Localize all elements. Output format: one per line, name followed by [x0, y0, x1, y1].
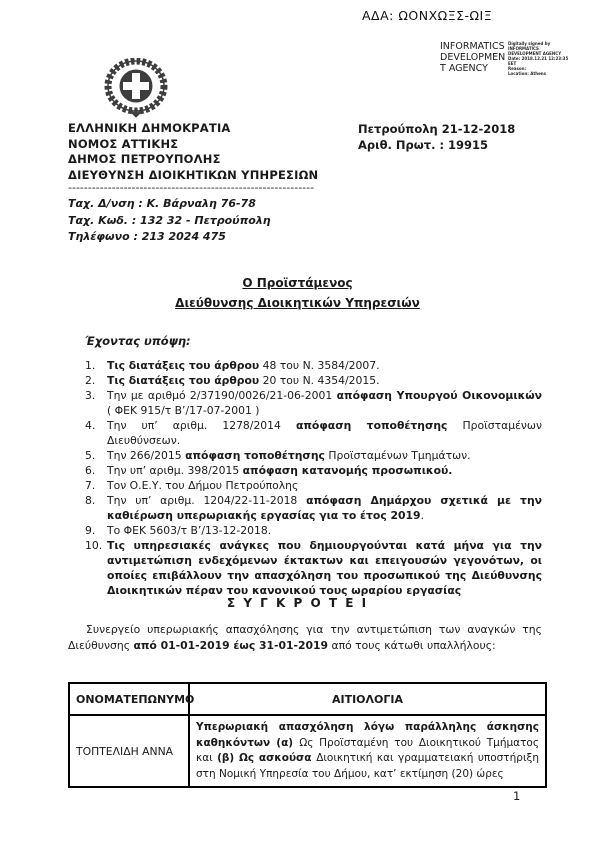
text-segment: Την υπ’ αριθμ. 1278/2014 [107, 419, 296, 432]
text-segment: από 01-01-2019 έως 31-01-2019 [133, 639, 328, 652]
signature-agency-name-line: INFORMATICS [440, 41, 504, 52]
item-text: Την υπ’ αριθμ. 1278/2014 απόφαση τοποθέτ… [107, 418, 542, 448]
item-text: Την υπ’ αριθμ. 1204/22-11-2018 απόφαση Δ… [107, 493, 542, 523]
signature-details-line: Location: Athens [508, 71, 570, 76]
item-text: Την με αριθμό 2/37190/0026/21-06-2001 απ… [107, 388, 542, 418]
page-number: 1 [513, 789, 520, 803]
item-number: 9. [85, 523, 107, 538]
document-page: ΑΔΑ: ΩΟΝΧΩΞΣ-ΩΙΞ INFORMATICSDEVELOPMENT … [0, 0, 595, 842]
protocol-number: Αριθ. Πρωτ. : 19915 [358, 137, 515, 153]
table-column-header: ΟΝΟΜΑΤΕΠΩΝΥΜΟ [69, 683, 189, 715]
text-segment: ( ΦΕΚ 915/τ Β’/17-07-2001 ) [107, 404, 260, 417]
text-segment: από τους κάτωθι υπαλλήλους: [328, 639, 496, 652]
table-header-row: ΟΝΟΜΑΤΕΠΩΝΥΜΟΑΙΤΙΟΛΟΓΙΑ [69, 683, 546, 715]
issuing-authority-block: ΕΛΛΗΝΙΚΗ ΔΗΜΟΚΡΑΤΙΑΝΟΜΟΣ ΑΤΤΙΚΗΣΔΗΜΟΣ ΠΕ… [68, 121, 318, 183]
issuing-authority-block-line: ΕΛΛΗΝΙΚΗ ΔΗΜΟΚΡΑΤΙΑ [68, 121, 318, 137]
operative-paragraph: Συνεργείο υπερωριακής απασχόλησης για τη… [68, 622, 542, 653]
having-regard-item: 9.Το ΦΕΚ 5603/τ Β’/13-12-2018. [85, 523, 542, 538]
employee-name-cell: ΤΟΠΤΕΛΙΔΗ ΑΝΝΑ [69, 715, 189, 787]
signature-agency-name-line: T AGENCY [440, 63, 504, 74]
text-segment: (β) Ως ασκούσα [217, 752, 316, 764]
item-number: 7. [85, 478, 107, 493]
text-segment: . [421, 509, 424, 522]
header-divider: ----------------------------------------… [68, 181, 318, 195]
item-text: Την υπ’ αριθμ. 398/2015 απόφαση κατανομή… [107, 463, 542, 478]
having-regard-item: 8.Την υπ’ αριθμ. 1204/22-11-2018 απόφαση… [85, 493, 542, 523]
document-title-line2: Διεύθυνσης Διοικητικών Υπηρεσιών [0, 293, 595, 313]
having-regard-label: Έχοντας υπόψη: [85, 334, 191, 348]
signature-details-line: Date: 2018.12.21 12:23:35 [508, 56, 570, 61]
text-segment: 20 του Ν. 4354/2015. [259, 374, 379, 387]
digital-signature-stamp: INFORMATICSDEVELOPMENT AGENCY Digitally … [440, 41, 570, 76]
item-number: 10. [85, 538, 107, 598]
signature-agency-name-line: DEVELOPMEN [440, 52, 504, 63]
contact-details-block-line: Ταχ. Κωδ. : 132 32 - Πετρούπολη [68, 213, 271, 230]
issuing-authority-block-line: ΔΗΜΟΣ ΠΕΤΡΟΥΠΟΛΗΣ [68, 152, 318, 168]
contact-details-block-line: Τηλέφωνο : 213 2024 475 [68, 229, 271, 246]
document-title: Ο Προϊστάμενος Διεύθυνσης Διοικητικών Υπ… [0, 273, 595, 313]
city-date: Πετρούπολη 21-12-2018 [358, 121, 515, 137]
text-segment: απόφαση Υπουργού Οικονομικών [337, 389, 542, 402]
having-regard-item: 6.Την υπ’ αριθμ. 398/2015 απόφαση κατανο… [85, 463, 542, 478]
ada-code: ΑΔΑ: ΩΟΝΧΩΞΣ-ΩΙΞ [362, 8, 492, 23]
text-segment: Την με αριθμό 2/37190/0026/21-06-2001 [107, 389, 337, 402]
contact-details-block-line: Ταχ. Δ/νση : Κ. Βάρναλη 76-78 [68, 196, 271, 213]
item-text: Τις διατάξεις του άρθρου 48 του Ν. 3584/… [107, 358, 542, 373]
justification-cell: Υπερωριακή απασχόληση λόγω παράλληλης άσ… [189, 715, 546, 787]
table-column-header: ΑΙΤΙΟΛΟΓΙΑ [189, 683, 546, 715]
text-segment: Το ΦΕΚ 5603/τ Β’/13-12-2018. [107, 524, 271, 537]
table-body: ΤΟΠΤΕΛΙΔΗ ΑΝΝΑΥπερωριακή απασχόληση λόγω… [69, 715, 546, 787]
having-regard-item: 4.Την υπ’ αριθμ. 1278/2014 απόφαση τοποθ… [85, 418, 542, 448]
having-regard-item: 1.Τις διατάξεις του άρθρου 48 του Ν. 358… [85, 358, 542, 373]
item-text: Τις διατάξεις του άρθρου 20 του Ν. 4354/… [107, 373, 542, 388]
text-segment: Την υπ’ αριθμ. 1204/22-11-2018 [107, 494, 306, 507]
text-segment: Προϊσταμένων Τμημάτων. [325, 449, 471, 462]
text-segment: 48 του Ν. 3584/2007. [259, 359, 379, 372]
item-number: 6. [85, 463, 107, 478]
having-regard-item: 10.Τις υπηρεσιακές ανάγκες που δημιουργο… [85, 538, 542, 598]
table-row: ΤΟΠΤΕΛΙΔΗ ΑΝΝΑΥπερωριακή απασχόληση λόγω… [69, 715, 546, 787]
having-regard-item: 2.Τις διατάξεις του άρθρου 20 του Ν. 435… [85, 373, 542, 388]
text-segment: απόφαση τοποθέτησης [296, 419, 447, 432]
document-title-line1: Ο Προϊστάμενος [0, 273, 595, 293]
item-number: 3. [85, 388, 107, 418]
text-segment: απόφαση κατανομής προσωπικού. [243, 464, 453, 477]
greek-coat-of-arms-icon [103, 58, 169, 118]
text-segment: απόφαση τοποθέτησης [185, 449, 325, 462]
date-protocol-block: Πετρούπολη 21-12-2018 Αριθ. Πρωτ. : 1991… [358, 121, 515, 153]
text-segment: Τις υπηρεσιακές ανάγκες που δημιουργούντ… [107, 539, 542, 597]
item-text: Το ΦΕΚ 5603/τ Β’/13-12-2018. [107, 523, 542, 538]
contact-details-block: Ταχ. Δ/νση : Κ. Βάρναλη 76-78Ταχ. Κωδ. :… [68, 196, 271, 246]
text-segment: Τις διατάξεις του άρθρου [107, 374, 259, 387]
operative-heading: Σ Υ Γ Κ Ρ Ο Τ Ε Ι [0, 596, 595, 610]
having-regard-list: 1.Τις διατάξεις του άρθρου 48 του Ν. 358… [85, 358, 542, 598]
signature-details: Digitally signed byINFORMATICSDEVELOPMEN… [508, 41, 570, 76]
item-number: 4. [85, 418, 107, 448]
item-number: 5. [85, 448, 107, 463]
having-regard-item: 5.Την 266/2015 απόφαση τοποθέτησης Προϊσ… [85, 448, 542, 463]
text-segment: Τις διατάξεις του άρθρου [107, 359, 259, 372]
item-text: Τον Ο.Ε.Υ. του Δήμου Πετρούπολης [107, 478, 542, 493]
text-segment: Τον Ο.Ε.Υ. του Δήμου Πετρούπολης [107, 479, 298, 492]
item-number: 8. [85, 493, 107, 523]
issuing-authority-block-line: ΝΟΜΟΣ ΑΤΤΙΚΗΣ [68, 137, 318, 153]
text-segment: Την 266/2015 [107, 449, 185, 462]
having-regard-item: 7.Τον Ο.Ε.Υ. του Δήμου Πετρούπολης [85, 478, 542, 493]
overtime-assignment-table: ΟΝΟΜΑΤΕΠΩΝΥΜΟΑΙΤΙΟΛΟΓΙΑ ΤΟΠΤΕΛΙΔΗ ΑΝΝΑΥπ… [68, 682, 547, 788]
signature-agency-name: INFORMATICSDEVELOPMENT AGENCY [440, 41, 504, 76]
item-number: 2. [85, 373, 107, 388]
item-text: Τις υπηρεσιακές ανάγκες που δημιουργούντ… [107, 538, 542, 598]
having-regard-item: 3.Την με αριθμό 2/37190/0026/21-06-2001 … [85, 388, 542, 418]
text-segment: Την υπ’ αριθμ. 398/2015 [107, 464, 243, 477]
item-number: 1. [85, 358, 107, 373]
item-text: Την 266/2015 απόφαση τοποθέτησης Προϊστα… [107, 448, 542, 463]
